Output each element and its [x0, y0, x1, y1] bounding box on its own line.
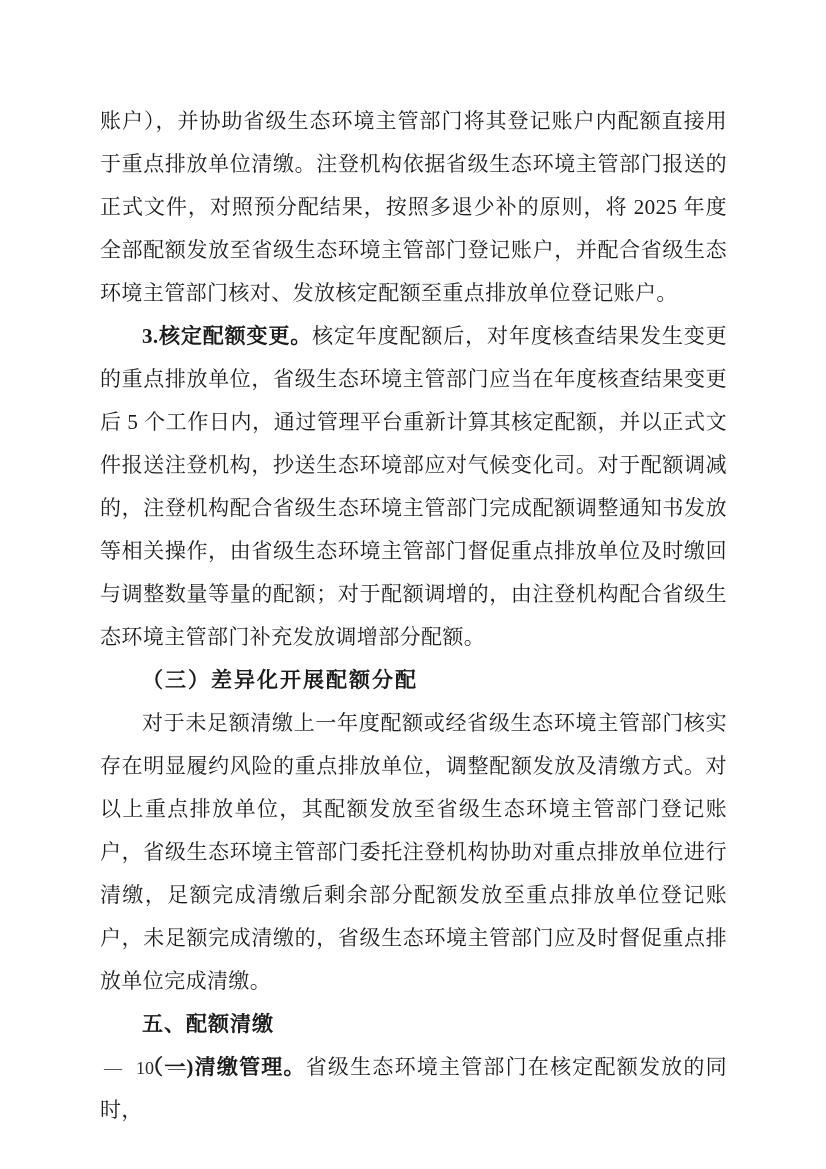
- footer-dash-left: —: [104, 1058, 122, 1079]
- paragraph: 对于未足额清缴上一年度配额或经省级生态环境主管部门核实存在明显履约风险的重点排放…: [100, 702, 727, 1003]
- subsection-heading: （三）差异化开展配额分配: [100, 659, 727, 702]
- page-footer: — 10 —: [104, 1058, 186, 1079]
- section-heading: 五、配额清缴: [100, 1003, 727, 1046]
- paragraph-continuation: 账户），并协助省级生态环境主管部门将其登记账户内配额直接用于重点排放单位清缴。注…: [100, 100, 727, 315]
- document-page: 账户），并协助省级生态环境主管部门将其登记账户内配额直接用于重点排放单位清缴。注…: [0, 0, 826, 1169]
- paragraph-numbered-item: 3.核定配额变更。核定年度配额后，对年度核查结果发生变更的重点排放单位，省级生态…: [100, 315, 727, 659]
- paragraph-text: 账户），并协助省级生态环境主管部门将其登记账户内配额直接用于重点排放单位清缴。注…: [100, 109, 727, 305]
- paragraph-text: 核定年度配额后，对年度核查结果发生变更的重点排放单位，省级生态环境主管部门应当在…: [100, 324, 727, 649]
- paragraph-text: 对于未足额清缴上一年度配额或经省级生态环境主管部门核实存在明显履约风险的重点排放…: [100, 711, 727, 993]
- document-body: 账户），并协助省级生态环境主管部门将其登记账户内配额直接用于重点排放单位清缴。注…: [100, 100, 727, 1132]
- paragraph-lead-bold: 3.核定配额变更。: [142, 324, 312, 348]
- paragraph-numbered-item: （一)清缴管理。省级生态环境主管部门在核定配额发放的同时，: [100, 1046, 727, 1132]
- footer-dash-right: —: [168, 1058, 186, 1079]
- page-number: 10: [136, 1058, 154, 1079]
